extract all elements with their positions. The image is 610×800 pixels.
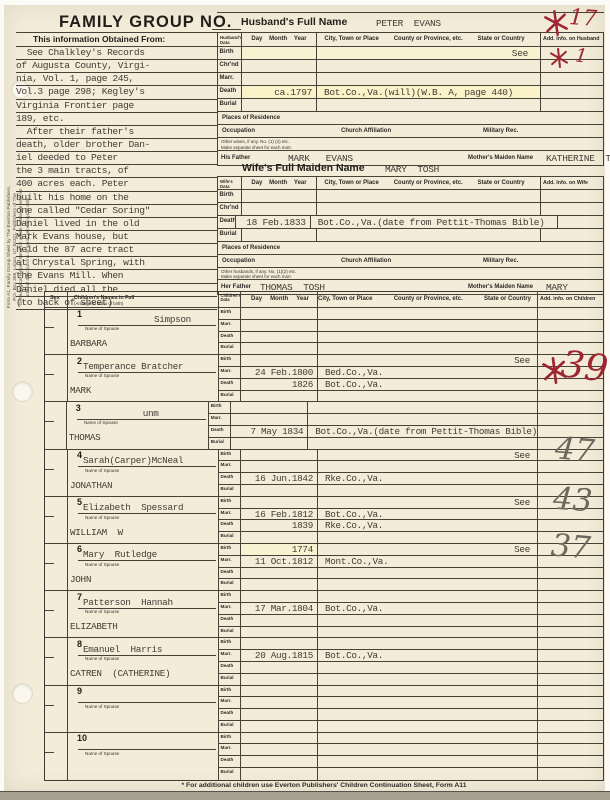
child-sex-cell xyxy=(45,638,67,684)
birth-state: See xyxy=(512,47,528,59)
child-row-3: 3 unm Name of Spouse THOMAS Birth Marr. … xyxy=(45,402,603,449)
child-sex-cell xyxy=(45,591,67,637)
child-sex-cell xyxy=(45,308,67,354)
child-number: 10 xyxy=(77,734,87,743)
birth-row-label: Birth xyxy=(218,47,241,59)
state-header: State or Country xyxy=(478,36,525,46)
source-notes-line: 400 acres each. Peter xyxy=(16,178,217,191)
child-spouse-name: Emanuel Harris xyxy=(83,644,162,655)
handwritten-number: 47 xyxy=(554,430,596,469)
burial-row-label: Burial xyxy=(218,99,241,111)
source-notes-line: iel deeded to Peter xyxy=(16,152,217,165)
child-spouse-name: unm xyxy=(143,408,159,419)
death-date: ca.1797 xyxy=(241,86,316,98)
child-spouse-name: Simpson xyxy=(154,314,191,325)
source-notes-line: at Chrystal Spring, with xyxy=(16,257,217,270)
source-notes-line: of Augusta County, Virgi- xyxy=(16,60,217,73)
wife-data-label: Wife's Data xyxy=(218,177,241,189)
children-table: Sex Children's Names in Full (Arrange in… xyxy=(44,291,604,781)
child-row-8: 8 Emanuel Harris Name of Spouse CATREN (… xyxy=(45,638,603,685)
name-of-spouse-label: Name of Spouse xyxy=(85,563,119,568)
child-name-cell: 8 Emanuel Harris Name of Spouse CATREN (… xyxy=(67,638,218,684)
husband-name-value: PETER EVANS xyxy=(376,18,441,29)
name-of-spouse-label: Name of Spouse xyxy=(85,705,119,710)
child-number: 6 xyxy=(77,545,82,554)
child-number: 7 xyxy=(77,593,82,602)
continuation-footnote: * For additional children use Everton Pu… xyxy=(44,783,604,790)
child-row-5: 5 Elizabeth Spessard Name of Spouse WILL… xyxy=(45,497,603,544)
child-sex-cell xyxy=(45,497,67,543)
child-sex-cell xyxy=(45,686,67,732)
death-place: Bot.Co.,Va.(will)(W.B. A, page 440) xyxy=(324,86,513,98)
city-header: City, Town or Place xyxy=(324,36,378,46)
child-name-cell: 10 Name of Spouse xyxy=(67,733,218,780)
child-name-cell: 3 unm Name of Spouse THOMAS xyxy=(66,402,209,448)
child-name: JONATHAN xyxy=(70,480,112,491)
child-number: 4 xyxy=(77,451,82,460)
day-header: Day xyxy=(251,36,262,46)
child-spouse-name: Temperance Bratcher xyxy=(83,361,183,372)
chrnd-row-label: Chr'nd xyxy=(218,60,241,72)
name-of-spouse-label: Name of Spouse xyxy=(85,657,119,662)
wife-death-place: Bot.Co.,Va.(date from Pettit-Thomas Bibl… xyxy=(318,216,545,228)
name-of-spouse-label: Name of Spouse xyxy=(85,327,119,332)
child-name: MARK xyxy=(70,385,91,396)
child-name: JOHN xyxy=(70,574,91,585)
husband-mother-value: KATHERINE THOMAS xyxy=(546,153,610,164)
husband-data-grid: Husband's Data Day Month Year City, Town… xyxy=(217,32,604,166)
child-spouse-name: Elizabeth Spessard xyxy=(83,502,183,513)
child-number: 2 xyxy=(77,357,82,366)
mothers-maiden-name-label: Mother's Maiden Name xyxy=(468,155,533,162)
wife-name-value: MARY TOSH xyxy=(385,164,439,175)
child-number: 8 xyxy=(77,640,82,649)
child-sex-cell xyxy=(45,450,67,496)
source-notes-line: Vol.3 page 298; Kegley's xyxy=(16,86,217,99)
scanned-family-group-sheet: Form A1, Family Group Sheet by The Evert… xyxy=(4,5,605,791)
child-sex-cell xyxy=(45,733,67,780)
source-notes-line: the 3 main tracts, of xyxy=(16,165,217,178)
child-name: WILLIAM W xyxy=(70,527,123,538)
husband-data-label: Husband's Data xyxy=(218,33,241,46)
source-notes-line: the Evans Mill. When xyxy=(16,270,217,283)
child-row-6: 6 Mary Rutledge Name of Spouse JOHN Birt… xyxy=(45,544,603,591)
child-row-7: 7 Patterson Hannah Name of Spouse ELIZAB… xyxy=(45,591,603,638)
child-number: 9 xyxy=(77,687,82,696)
child-sex-cell xyxy=(45,402,66,448)
source-notes-line: After their father's xyxy=(16,126,217,139)
his-father-label: His Father xyxy=(221,155,250,162)
add-info-wife-header: Add. Info. on Wife xyxy=(540,177,603,189)
county-header: County or Province, etc. xyxy=(394,36,463,46)
source-notes-line: built his home on the xyxy=(16,192,217,205)
source-notes-line: Mark Evans house, but xyxy=(16,231,217,244)
wife-full-maiden-name-label: Wife's Full Maiden Name xyxy=(242,163,365,174)
punch-hole xyxy=(13,684,32,703)
source-notes-line: 189, etc. xyxy=(16,113,217,126)
scan-bottom-edge xyxy=(0,791,610,800)
source-notes-line: held the 87 acre tract xyxy=(16,244,217,257)
child-sex-cell xyxy=(45,544,67,590)
form-number-blank-line xyxy=(212,29,241,30)
handwritten-number: 43 xyxy=(552,481,594,520)
source-notes-line: death, older brother Dan- xyxy=(16,139,217,152)
marr-row-label: Marr. xyxy=(218,73,241,85)
handwritten-number: 37 xyxy=(550,527,592,566)
name-of-spouse-label: Name of Spouse xyxy=(84,421,118,426)
death-row-label: Death xyxy=(218,86,241,98)
child-sex-cell xyxy=(45,355,67,401)
child-number: 5 xyxy=(77,498,82,507)
name-of-spouse-label: Name of Spouse xyxy=(85,469,119,474)
name-of-spouse-label: Name of Spouse xyxy=(85,374,119,379)
child-row-10: 10 Name of Spouse Birth Marr. Death Buri… xyxy=(45,733,603,780)
child-name: BARBARA xyxy=(70,338,107,349)
asterisk-mark-icon xyxy=(541,8,570,37)
source-notes-column: This information Obtained From: See Chal… xyxy=(16,32,217,310)
military-rec-label: Military Rec. xyxy=(483,128,518,135)
spouse-underline xyxy=(78,466,216,467)
child-name-cell: 9 Name of Spouse xyxy=(67,686,218,732)
name-of-spouse-label: Name of Spouse xyxy=(85,516,119,521)
child-row-4: 4 Sarah(Carper)McNeal Name of Spouse JON… xyxy=(45,450,603,497)
source-notes-line: Virginia Frontier page xyxy=(16,100,217,113)
source-notes-line: nia, Vol. 1, page 245, xyxy=(16,73,217,86)
source-notes-line: one called "Cedar Soring" xyxy=(16,205,217,218)
children-data-label: Children's Data xyxy=(218,292,240,307)
child-name: THOMAS xyxy=(69,432,101,443)
form-title: FAMILY GROUP NO. xyxy=(59,14,232,31)
child-spouse-name: Sarah(Carper)McNeal xyxy=(83,455,183,466)
year-header: Year xyxy=(294,36,307,46)
spouse-underline xyxy=(78,702,216,703)
wife-data-grid: Wife's Data Day Month Year City, Town or… xyxy=(217,176,604,295)
asterisk-mark-icon xyxy=(548,47,570,69)
child-name-cell: 5 Elizabeth Spessard Name of Spouse WILL… xyxy=(67,497,218,543)
source-notes-line: Daniel lived in the old xyxy=(16,218,217,231)
punch-hole xyxy=(13,382,32,401)
child-name: CATREN (CATHERINE) xyxy=(70,668,170,679)
child-name-cell: 4 Sarah(Carper)McNeal Name of Spouse JON… xyxy=(67,450,218,496)
month-header: Month xyxy=(269,36,287,46)
source-notes-line: See Chalkley's Records xyxy=(16,47,217,60)
handwritten-number: 17 xyxy=(568,5,598,32)
child-name-cell: 7 Patterson Hannah Name of Spouse ELIZAB… xyxy=(67,591,218,637)
husband-full-name-label: Husband's Full Name xyxy=(241,17,347,28)
child-spouse-name: Mary Rutledge xyxy=(83,549,157,560)
add-info-children-header: Add. info. on Children xyxy=(537,292,603,307)
birth-date xyxy=(241,47,316,59)
child-name-cell: 6 Mary Rutledge Name of Spouse JOHN xyxy=(67,544,218,590)
child-name-cell: 2 Temperance Bratcher Name of Spouse MAR… xyxy=(67,355,218,401)
name-of-spouse-label: Name of Spouse xyxy=(85,752,119,757)
occupation-label: Occupation xyxy=(222,128,255,135)
places-of-residence-label: Places of Residence xyxy=(222,115,280,122)
child-number: 3 xyxy=(76,404,81,413)
child-row-1: 1 Simpson Name of Spouse BARBARA Birth M… xyxy=(45,308,603,355)
child-spouse-name: Patterson Hannah xyxy=(83,597,173,608)
child-name: ELIZABETH xyxy=(70,621,118,632)
her-father-label: Her Father xyxy=(221,284,251,291)
wife-death-date: 18 Feb.1833 xyxy=(235,216,309,228)
name-of-spouse-label: Name of Spouse xyxy=(85,610,119,615)
church-affiliation-label: Church Affiliation xyxy=(341,128,391,135)
child-row-9: 9 Name of Spouse Birth Marr. Death Buria… xyxy=(45,686,603,733)
child-row-2: 2 Temperance Bratcher Name of Spouse MAR… xyxy=(45,355,603,402)
handwritten-number: 39 xyxy=(559,342,610,390)
children-header-row: Sex Children's Names in Full (Arrange in… xyxy=(45,292,603,308)
sex-column-header: Sex xyxy=(45,292,67,307)
child-number: 1 xyxy=(77,310,82,319)
child-name-cell: 1 Simpson Name of Spouse BARBARA xyxy=(67,308,218,354)
info-obtained-label: This information Obtained From: xyxy=(16,33,217,47)
